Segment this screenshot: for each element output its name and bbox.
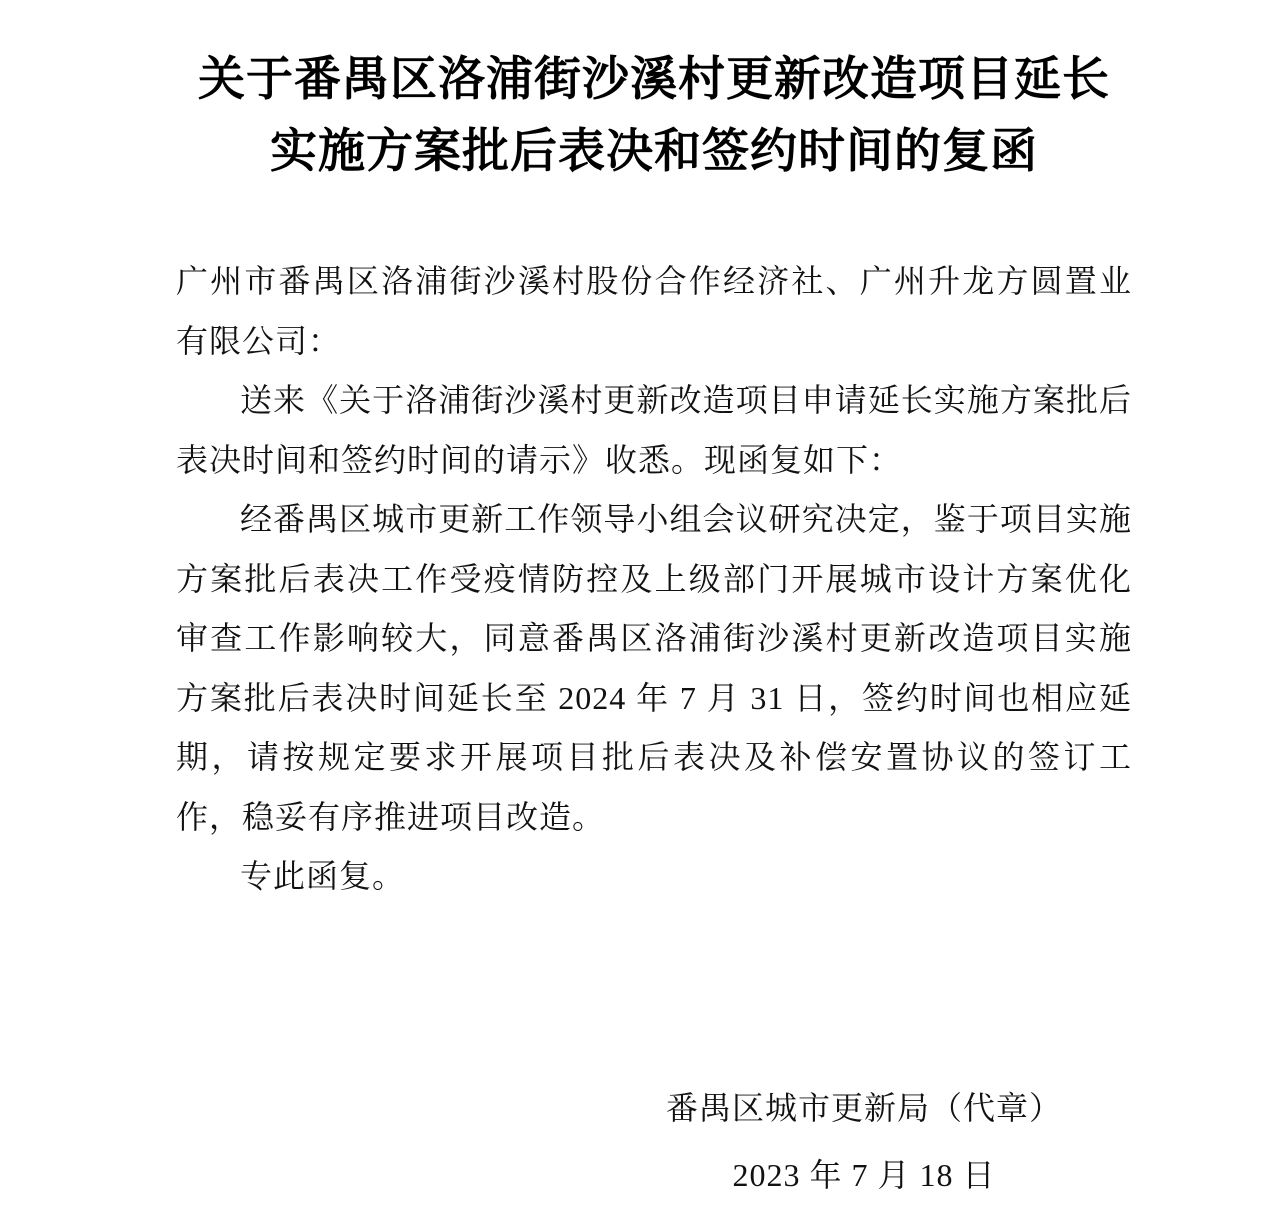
document-title-line-1: 关于番禺区洛浦街沙溪村更新改造项目延长 (176, 44, 1132, 116)
issuing-authority: 番禺区城市更新局（代章） (666, 1079, 1062, 1139)
document-date: 2023 年 7 月 18 日 (666, 1146, 1062, 1206)
document-title: 关于番禺区洛浦街沙溪村更新改造项目延长 实施方案批后表决和签约时间的复函 (176, 44, 1132, 188)
body-paragraph-closing: 专此函复。 (176, 847, 1132, 907)
signature-area: 番禺区城市更新局（代章） 2023 年 7 月 18 日 (176, 1079, 1132, 1206)
document-body: 广州市番禺区洛浦街沙溪村股份合作经济社、广州升龙方圆置业有限公司： 送来《关于洛… (176, 252, 1132, 907)
document-page: 关于番禺区洛浦街沙溪村更新改造项目延长 实施方案批后表决和签约时间的复函 广州市… (0, 0, 1280, 1229)
recipient-salutation: 广州市番禺区洛浦街沙溪村股份合作经济社、广州升龙方圆置业有限公司： (176, 252, 1132, 371)
body-paragraph-2: 经番禺区城市更新工作领导小组会议研究决定，鉴于项目实施方案批后表决工作受疫情防控… (176, 490, 1132, 847)
document-title-line-2: 实施方案批后表决和签约时间的复函 (176, 116, 1132, 188)
body-paragraph-1: 送来《关于洛浦街沙溪村更新改造项目申请延长实施方案批后表决时间和签约时间的请示》… (176, 371, 1132, 490)
signature-block: 番禺区城市更新局（代章） 2023 年 7 月 18 日 (666, 1079, 1062, 1206)
